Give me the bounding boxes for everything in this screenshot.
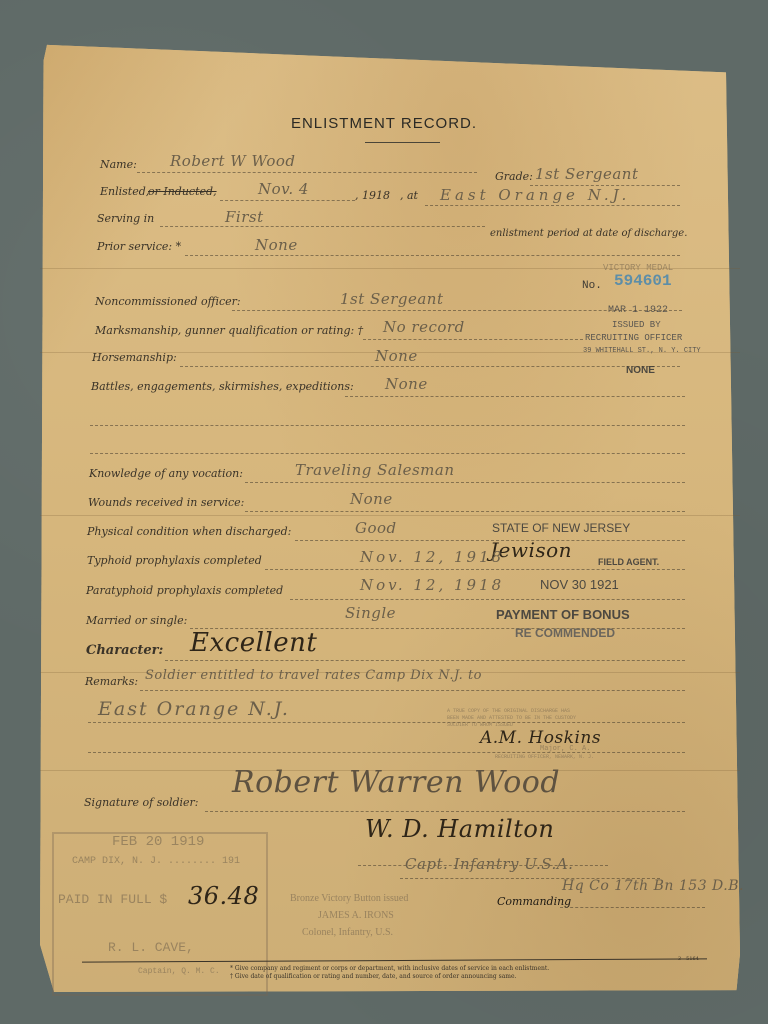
commanding-value: Hq Co 17th Bn 153 D.B.: [562, 878, 744, 894]
form-number: 3—5164: [678, 956, 699, 962]
serving-label: Serving in: [97, 212, 154, 225]
enlisted-date: Nov. 4: [258, 180, 309, 198]
serving-value: First: [225, 208, 264, 226]
paid-amount: 36.48: [188, 882, 259, 910]
blank-line: [90, 453, 685, 454]
blank-line: [90, 425, 685, 426]
enlisted-label: Enlisted,: [100, 185, 149, 198]
battles-line: [345, 396, 685, 397]
name-value: Robert W Wood: [170, 152, 296, 170]
nco-value: 1st Sergeant: [340, 290, 443, 308]
footnote-dagger: † Give date of qualification or rating a…: [230, 973, 516, 980]
typhoid-value: Nov. 12, 1918: [360, 548, 504, 566]
vocation-line: [245, 482, 685, 483]
enlisted-year: , 1918: [355, 189, 390, 202]
battles-label: Battles, engagements, skirmishes, expedi…: [91, 380, 354, 393]
battles-value: None: [385, 375, 428, 393]
grade-label: Grade:: [495, 170, 533, 183]
grade-value: 1st Sergeant: [535, 165, 638, 183]
nco-label: Noncommissioned officer:: [95, 295, 241, 308]
typhoid-label: Typhoid prophylaxis completed: [87, 554, 262, 567]
enlisted-place-line: [425, 205, 680, 206]
paid-stamp-date: FEB 20 1919: [112, 834, 204, 850]
character-value: Excellent: [190, 628, 317, 658]
nj-stamp-title: STATE OF NEW JERSEY: [492, 521, 630, 535]
prior-service-line: [185, 255, 680, 256]
officer-title: Capt. Infantry U.S.A.: [405, 855, 573, 873]
character-label: Character:: [86, 643, 163, 658]
horsemanship-label: Horsemanship:: [92, 351, 177, 364]
serving-line: [160, 226, 485, 227]
button-stamp-line3: Colonel, Infantry, U.S.: [302, 927, 393, 938]
physical-label: Physical condition when discharged:: [87, 525, 291, 538]
typhoid-line: [265, 569, 685, 570]
remarks-line-2: [88, 722, 685, 723]
footnote-star: * Give company and regiment or corps or …: [230, 965, 549, 972]
married-label: Married or single:: [86, 614, 187, 627]
marksmanship-line: [363, 339, 583, 340]
physical-value: Good: [355, 519, 397, 537]
recruiting-office: RECRUITING OFFICER, NEWARK, N. J.: [495, 754, 594, 760]
fold-line: [40, 515, 740, 516]
remarks-line-1: [140, 690, 685, 691]
vocation-label: Knowledge of any vocation:: [89, 467, 243, 480]
button-stamp-line2: JAMES A. IRONS: [318, 910, 394, 921]
enlisted-date-line: [220, 200, 355, 201]
victory-medal-no: No.: [582, 280, 602, 292]
remarks-line-3: [88, 752, 685, 753]
enlisted-place: East Orange N.J.: [440, 186, 630, 204]
paid-stamp-officer-title: Captain, Q. M. C.: [138, 967, 220, 976]
victory-medal-officer: RECRUITING OFFICER: [585, 333, 682, 343]
paratyphoid-value: Nov. 12, 1918: [360, 576, 504, 594]
serving-suffix: enlistment period at date of discharge.: [490, 228, 687, 239]
name-label: Name:: [100, 158, 137, 171]
recruiting-stamp-line2: BEEN MADE AND ATTESTED TO BE IN THE CUST…: [447, 715, 576, 721]
victory-medal-number: 594601: [614, 272, 672, 290]
document-photo: ENLISTMENT RECORD. Name: Robert W Wood G…: [0, 0, 768, 1024]
married-value: Single: [345, 604, 396, 622]
prior-service-value: None: [255, 236, 298, 254]
name-line: [137, 172, 477, 173]
remarks-label: Remarks:: [85, 675, 138, 688]
document-title: ENLISTMENT RECORD.: [0, 115, 768, 132]
paid-stamp-label: PAID IN FULL $: [58, 892, 167, 907]
wounds-value: None: [350, 490, 393, 508]
character-line: [165, 660, 685, 661]
officer-signature: W. D. Hamilton: [365, 815, 554, 843]
commanding-line: [560, 907, 705, 908]
paid-stamp-place: CAMP DIX, N. J. ........ 191: [72, 856, 240, 867]
victory-medal-issued: ISSUED BY: [612, 320, 661, 330]
marksmanship-label: Marksmanship, gunner qualification or ra…: [95, 324, 363, 337]
signature-label: Signature of soldier:: [84, 796, 199, 809]
recruiting-rank: Major, C. A.: [540, 745, 590, 753]
enlisted-at: , at: [400, 189, 418, 202]
wounds-line: [245, 511, 685, 512]
victory-medal-address: 39 WHITEHALL ST., N. Y. CITY: [583, 347, 701, 355]
button-stamp-line1: Bronze Victory Button issued: [290, 893, 408, 904]
horsemanship-value: None: [375, 347, 418, 365]
nj-field-agent: FIELD AGENT.: [598, 557, 659, 567]
title-rule: [365, 142, 440, 143]
nj-stamp-date: NOV 30 1921: [540, 577, 619, 592]
marksmanship-value: No record: [383, 318, 465, 336]
recruiting-stamp-line1: A TRUE COPY OF THE ORIGINAL DISCHARGE HA…: [447, 708, 570, 714]
remarks-value-1: Soldier entitled to travel rates Camp Di…: [145, 668, 482, 683]
paid-stamp-officer: R. L. CAVE,: [108, 940, 194, 955]
inducted-struck: or Inducted,: [148, 185, 217, 198]
horsemanship-line: [180, 366, 680, 367]
bonus-stamp-line2: RE COMMENDED: [515, 626, 615, 640]
signature-line: [205, 811, 685, 812]
vocation-value: Traveling Salesman: [295, 461, 455, 479]
wounds-label: Wounds received in service:: [88, 496, 244, 509]
prior-service-label: Prior service: *: [97, 240, 181, 253]
paratyphoid-label: Paratyphoid prophylaxis completed: [86, 584, 283, 597]
soldier-signature: Robert Warren Wood: [232, 765, 560, 800]
paratyphoid-line: [290, 599, 685, 600]
bonus-stamp-line1: PAYMENT OF BONUS: [496, 607, 630, 622]
remarks-value-2: East Orange N.J.: [98, 698, 290, 720]
nco-line: [232, 310, 682, 311]
